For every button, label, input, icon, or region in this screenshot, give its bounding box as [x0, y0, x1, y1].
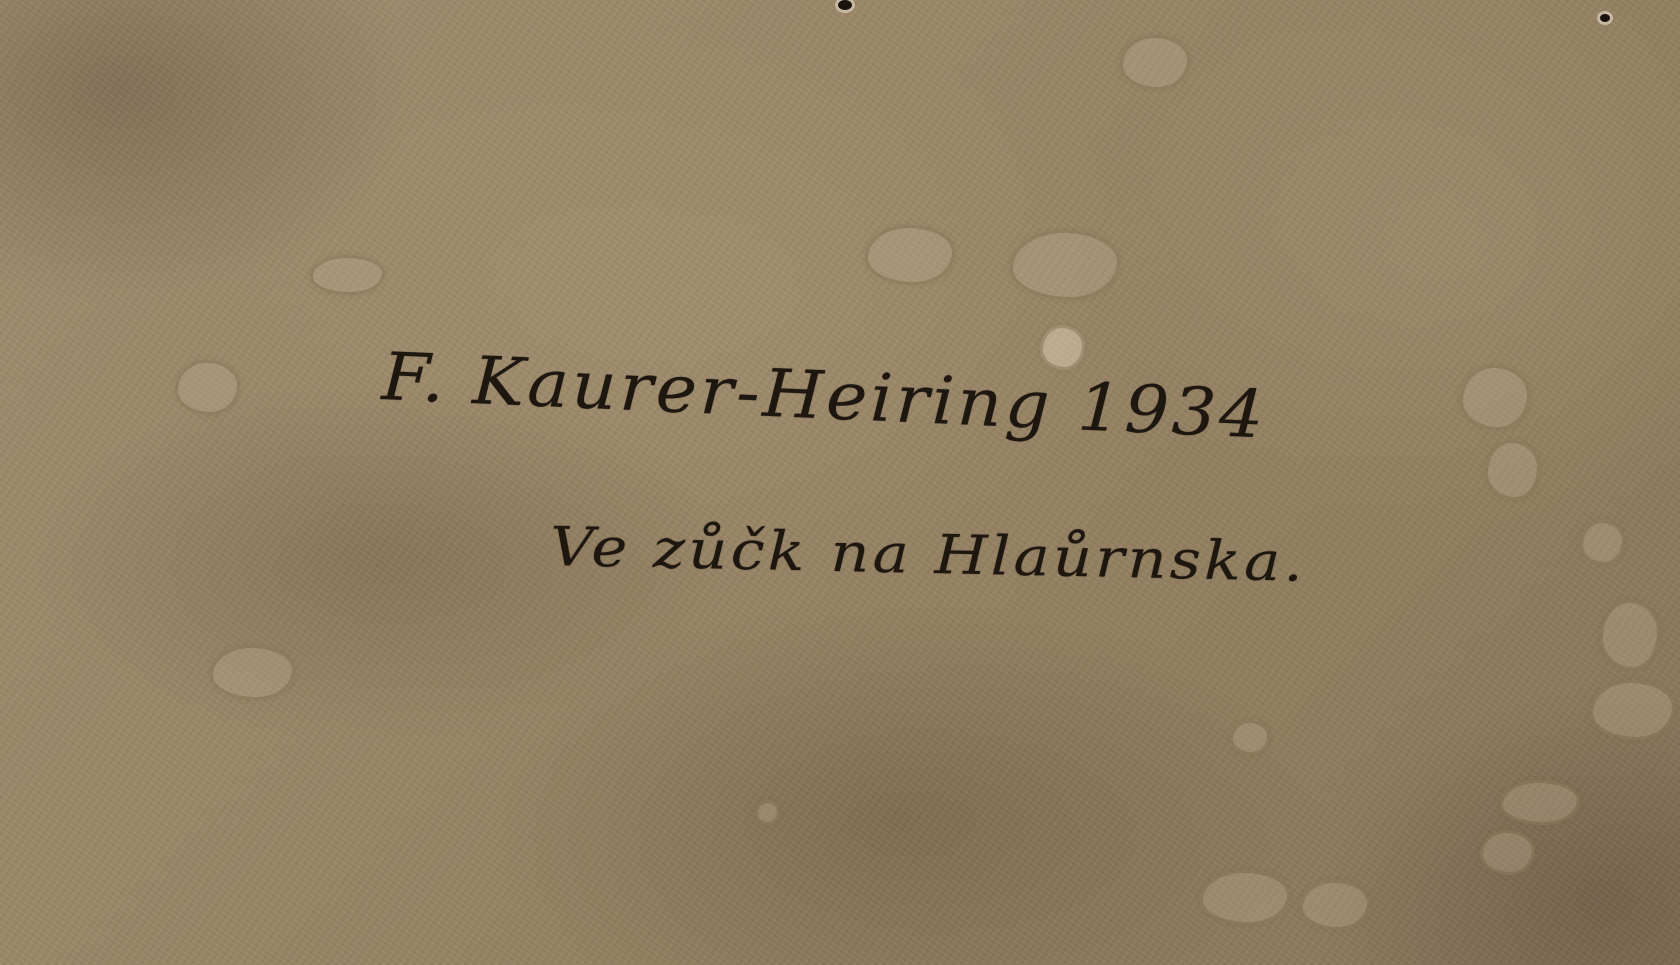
water-stain	[1480, 830, 1535, 875]
water-stain	[865, 225, 955, 285]
water-stain	[1590, 680, 1675, 740]
water-stain	[210, 645, 295, 700]
water-stain	[1230, 720, 1270, 755]
water-stain	[755, 800, 780, 825]
paper-hole	[1600, 14, 1610, 22]
water-stain	[1580, 520, 1625, 565]
water-stain	[310, 255, 385, 295]
water-stain	[1485, 440, 1540, 500]
water-stain	[1600, 600, 1660, 670]
water-stain	[175, 360, 240, 415]
water-stain	[1010, 230, 1120, 300]
water-stain	[1460, 365, 1530, 430]
water-stain	[1200, 870, 1290, 925]
paper-hole	[838, 0, 852, 10]
water-stain	[1500, 780, 1580, 825]
water-stain	[1300, 880, 1370, 930]
water-stain	[1040, 325, 1085, 370]
paper-grain-texture	[0, 0, 1680, 965]
water-stain	[1120, 35, 1190, 90]
